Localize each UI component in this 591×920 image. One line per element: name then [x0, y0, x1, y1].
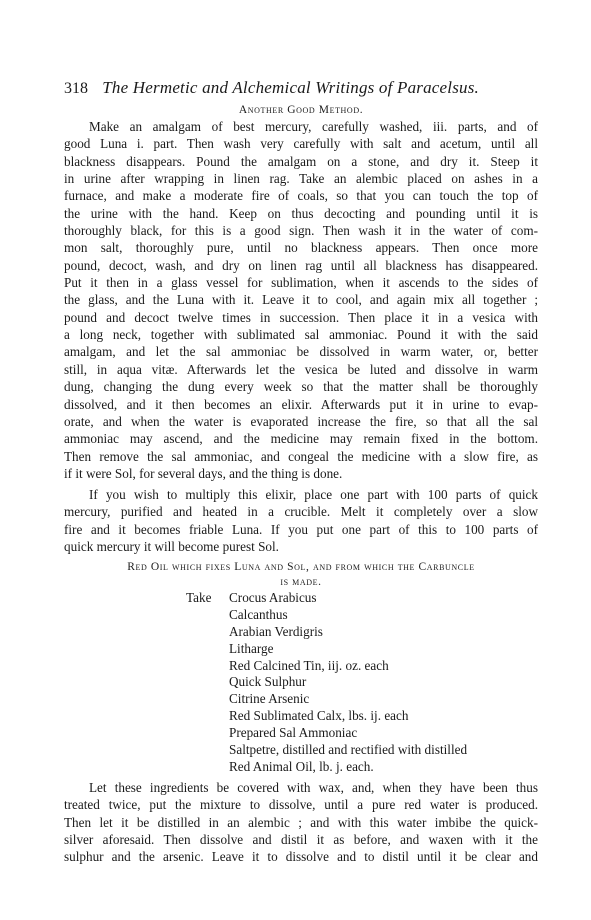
text-line: fire and it becomes friable Luna. If you… [64, 521, 538, 538]
ingredient-row: Citrine Arsenic [186, 691, 467, 708]
text-line: the glass, and the Luna with it. Leave i… [64, 291, 538, 308]
paragraph-multiply: If you wish to multiply this elixir, pla… [64, 486, 538, 555]
text-line: the urine with the hand. Keep on thus de… [64, 205, 538, 222]
page-number: 318 [64, 80, 88, 97]
text-line: ammoniac may ascend, and the medicine ma… [64, 430, 538, 447]
ingredient-row: Red Calcined Tin, iij. oz. each [186, 658, 467, 675]
ingredient-row: Red Sublimated Calx, lbs. ij. each [186, 708, 467, 725]
text-line: silver aforesaid. Then dissolve and dist… [64, 831, 538, 848]
ingredient-row: Red Animal Oil, lb. j. each. [186, 759, 467, 776]
ingredient-item: Red Animal Oil, lb. j. each. [229, 759, 374, 776]
ingredient-item: Prepared Sal Ammoniac [229, 725, 357, 742]
ingredient-item: Calcanthus [229, 607, 288, 624]
text-line: quick mercury it will become purest Sol. [64, 538, 538, 555]
text-line: Make an amalgam of best mercury, careful… [64, 118, 538, 135]
ingredient-row: TakeCrocus Arabicus [186, 590, 467, 607]
ingredient-item: Crocus Arabicus [229, 590, 317, 607]
text-line: blackness disappears. Pound the amalgam … [64, 153, 538, 170]
text-line: good Luna i. part. Then wash very carefu… [64, 135, 538, 152]
ingredient-item: Quick Sulphur [229, 674, 306, 691]
section-heading-red-oil-line2: is made. [64, 576, 538, 588]
text-line: mercury, purified and heated in a crucib… [64, 503, 538, 520]
ingredient-row: Saltpetre, distilled and rectified with … [186, 742, 467, 759]
ingredient-row: Arabian Verdigris [186, 624, 467, 641]
ingredient-item: Red Calcined Tin, iij. oz. each [229, 658, 389, 675]
ingredient-row: Calcanthus [186, 607, 467, 624]
ingredient-row: Prepared Sal Ammoniac [186, 725, 467, 742]
running-head: 318 The Hermetic and Alchemical Writings… [64, 78, 538, 98]
take-word: Take [186, 590, 229, 607]
ingredient-item: Arabian Verdigris [229, 624, 323, 641]
section-heading-red-oil-line1: Red Oil which fixes Luna and Sol, and fr… [64, 561, 538, 573]
ingredient-item: Saltpetre, distilled and rectified with … [229, 742, 467, 759]
text-line: mon salt, thoroughly pure, until no blac… [64, 239, 538, 256]
text-line: dung, changing the dung every week so th… [64, 378, 538, 395]
text-line: furnace, and make a moderate fire of coa… [64, 187, 538, 204]
text-line: sulphur and the arsenic. Leave it to dis… [64, 848, 538, 865]
text-line: Then let it be distilled in an alembic ;… [64, 814, 538, 831]
text-line: amalgam, and let the sal ammoniac be dis… [64, 343, 538, 360]
text-line: Put it then in a glass vessel for sublim… [64, 274, 538, 291]
text-line: pound, decoct, wash, and dry on linen ra… [64, 257, 538, 274]
text-line: Let these ingredients be covered with wa… [64, 779, 538, 796]
ingredient-list: TakeCrocus Arabicus Calcanthus Arabian V… [186, 590, 467, 776]
text-line: if it were Sol, for several days, and th… [64, 465, 538, 482]
text-line: thoroughly black, for this is a good sig… [64, 222, 538, 239]
text-line: pound and decoct twelve times in success… [64, 309, 538, 326]
ingredient-row: Quick Sulphur [186, 674, 467, 691]
ingredient-item: Litharge [229, 641, 273, 658]
text-line: a long neck, together with sublimated sa… [64, 326, 538, 343]
text-line: Then remove the sal ammoniac, and congea… [64, 448, 538, 465]
ingredient-item: Red Sublimated Calx, lbs. ij. each [229, 708, 408, 725]
text-line: If you wish to multiply this elixir, pla… [64, 486, 538, 503]
text-line: treated twice, put the mixture to dissol… [64, 796, 538, 813]
paragraph-red-oil-process: Let these ingredients be covered with wa… [64, 779, 538, 866]
section-heading-another-good-method: Another Good Method. [64, 104, 538, 116]
text-line: in urine after wrapping in linen rag. Ta… [64, 170, 538, 187]
ingredient-item: Citrine Arsenic [229, 691, 309, 708]
text-line: orate, and when the water is evaporated … [64, 413, 538, 430]
paragraph-method: Make an amalgam of best mercury, careful… [64, 118, 538, 482]
running-title: The Hermetic and Alchemical Writings of … [102, 78, 479, 97]
ingredient-row: Litharge [186, 641, 467, 658]
text-line: dissolved, and it then becomes an elixir… [64, 396, 538, 413]
text-line: still, in aqua vitæ. Afterwards let the … [64, 361, 538, 378]
